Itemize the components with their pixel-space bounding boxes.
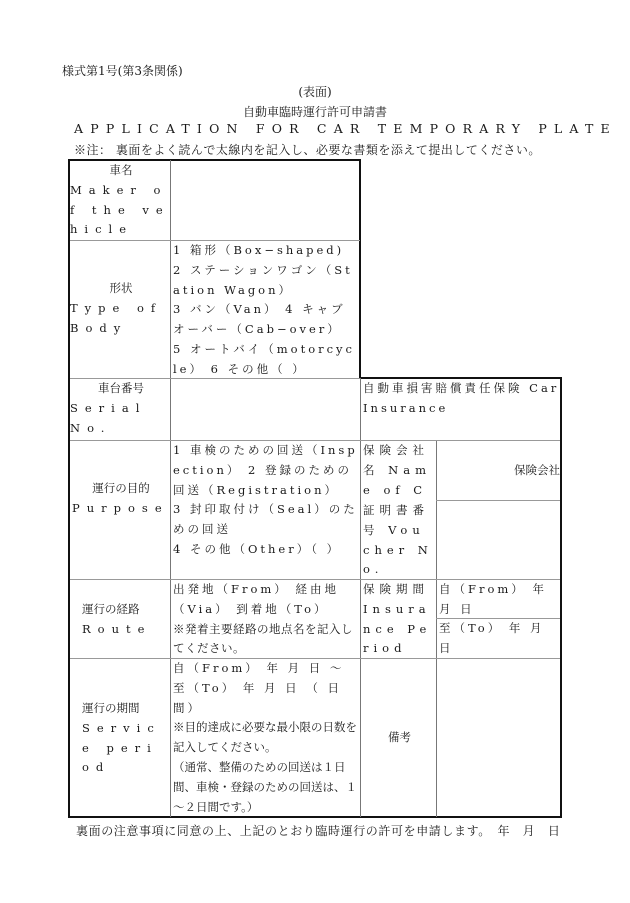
insurance-period-label: 保険期間 Insurance Period <box>361 580 436 658</box>
title-english: APPLICATION FOR CAR TEMPORARY PLATE <box>74 121 617 136</box>
purpose-label-en: Purpose <box>72 499 170 519</box>
period-usual-note: （通常、整備のための回送は１日間、車検・登録のための回送は、１～２日間です。） <box>173 758 360 816</box>
insurance-period-to[interactable]: 至（To） 年 月 日 <box>437 619 560 658</box>
purpose-label: 運行の目的 Purpose <box>70 441 170 579</box>
purpose-label-ja: 運行の目的 <box>72 479 170 499</box>
maker-label-ja: 車名 <box>72 161 170 181</box>
serial-input[interactable] <box>171 379 360 440</box>
title-japanese: 自動車臨時運行許可申請書 <box>0 103 630 120</box>
serial-label-ja: 車台番号 <box>72 379 170 399</box>
body-type-label-ja: 形状 <box>72 279 170 299</box>
body-type-label: 形状 Type of Body <box>70 241 170 378</box>
form-number: 様式第1号(第3条関係) <box>62 62 183 79</box>
insurance-period-from[interactable]: 自（From） 年 月 日 <box>437 580 560 618</box>
route-label: 運行の経路 Route <box>70 580 170 658</box>
purpose-option-4[interactable]: 4 その他（Other）（ ） <box>173 540 360 560</box>
period-label-ja: 運行の期間 <box>82 699 170 719</box>
period-input[interactable]: 自（From） 年 月 日 ～ 至（To） 年 月 日 （ 日間） ※目的達成に… <box>171 659 360 816</box>
route-input[interactable]: 出発地（From） 経由地（Via） 到着地（To） ※発着主要経路の地点名を記… <box>171 580 360 658</box>
declaration: 裏面の注意事項に同意の上、上記のとおり臨時運行の許可を申請します。 年 月 日 <box>76 822 560 839</box>
border-upper-right <box>359 159 361 379</box>
maker-input[interactable] <box>171 161 359 240</box>
maker-label: 車名 Maker of the vehicle <box>70 161 170 240</box>
route-note: ※発着主要経路の地点名を記入してください。 <box>173 620 360 658</box>
remarks-label: 備考 <box>361 659 436 816</box>
body-type-option-5-6[interactable]: 5 オートバイ（motorcycle） 6 その他（ ） <box>173 340 359 378</box>
body-type-label-en: Type of Body <box>70 299 170 339</box>
serial-label: 車台番号 Serial No. <box>70 379 170 440</box>
body-type-options[interactable]: 1 箱形（Box−shaped) 2 ステーションワゴン（Station Wag… <box>171 241 359 378</box>
insurance-company-label: 保険会社名 Name of Co. <box>361 441 436 500</box>
side-indicator: (表面) <box>0 83 630 100</box>
purpose-option-1-2[interactable]: 1 車検のための回送（Inspection） 2 登録のための回送（Regist… <box>173 441 360 500</box>
insurance-header: 自動車損害賠償責任保険 Car Insurance <box>361 379 560 440</box>
route-label-ja: 運行の経路 <box>82 600 170 620</box>
period-label-en: Service period <box>82 719 170 778</box>
body-type-option-1-2[interactable]: 1 箱形（Box−shaped) 2 ステーションワゴン（Station Wag… <box>173 241 359 300</box>
instruction-note: ※注： 裏面をよく読んで太線内を記入し、必要な書類を添えて提出してください。 <box>74 141 541 158</box>
voucher-label: 証明書番号 Voucher No. <box>361 501 436 579</box>
voucher-input[interactable] <box>437 501 560 579</box>
route-from-via-to: 出発地（From） 経由地（Via） 到着地（To） <box>173 580 360 620</box>
maker-label-en: Maker of the vehicle <box>70 181 170 240</box>
serial-label-en: Serial No. <box>70 399 170 439</box>
period-from-to: 自（From） 年 月 日 ～ 至（To） 年 月 日 （ 日間） <box>173 659 360 718</box>
border-bottom <box>68 816 562 818</box>
purpose-options[interactable]: 1 車検のための回送（Inspection） 2 登録のための回送（Regist… <box>171 441 360 579</box>
insurance-company-suffix: 保険会社 <box>439 461 560 481</box>
period-label: 運行の期間 Service period <box>70 659 170 816</box>
border-right <box>560 377 562 818</box>
remarks-input[interactable] <box>437 659 560 816</box>
route-label-en: Route <box>82 620 170 640</box>
insurance-company-input[interactable]: 保険会社 <box>437 441 560 500</box>
body-type-option-3-4[interactable]: 3 バン（Van） 4 キャブオーバー（Cab−over） <box>173 300 359 340</box>
period-note: ※目的達成に必要な最小限の日数を記入してください。 <box>173 718 360 758</box>
purpose-option-3[interactable]: 3 封印取付け（Seal）のための回送 <box>173 500 360 540</box>
